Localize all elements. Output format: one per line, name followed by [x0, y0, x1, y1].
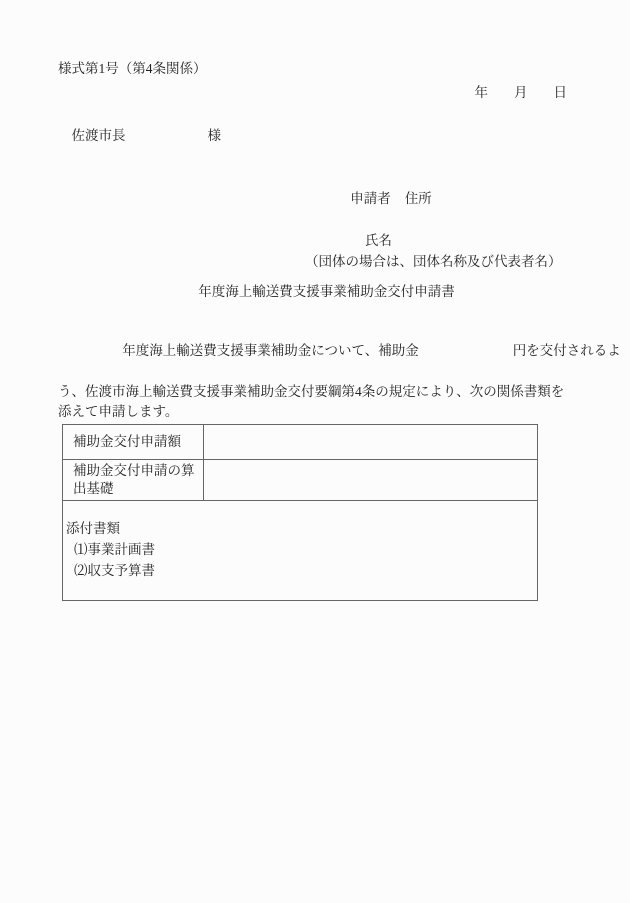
table-row-basis: 補助金交付申請の算出基礎	[63, 459, 538, 500]
body-line1-post: 円を交付されるよ	[513, 343, 621, 358]
amount-value-cell[interactable]	[204, 424, 538, 459]
name-label: 氏名	[365, 230, 567, 251]
basis-value-cell[interactable]	[204, 459, 538, 500]
amount-blank-field[interactable]	[419, 341, 513, 355]
document-page: 様式第1号（第4条関係） 年 月 日 佐渡市長様 申請者住所 氏名 （団体の場合…	[0, 0, 630, 903]
body-line-2: う、佐渡市海上輸送費支援事業補助金交付要綱第4条の規定により、次の関係書類を	[58, 382, 567, 403]
date-line: 年 月 日	[58, 82, 567, 103]
attachments-cell: 添付書類 ⑴事業計画書 ⑵収支予算書	[63, 500, 538, 600]
applicant-block: 申請者住所 氏名 （団体の場合は、団体名称及び代表者名）	[330, 167, 567, 272]
body-line-3: 添えて申請します。	[58, 402, 567, 423]
body-line1-pre: 年度海上輸送費支援事業補助金について、補助金	[122, 343, 418, 358]
body-paragraph: 年度海上輸送費支援事業補助金について、補助金円を交付されるよ う、佐渡市海上輸送…	[58, 320, 567, 423]
address-label: 住所	[405, 191, 432, 206]
amount-label-cell: 補助金交付申請額	[63, 424, 204, 459]
table-row-amount: 補助金交付申請額	[63, 424, 538, 459]
applicant-label: 申請者	[350, 191, 391, 206]
applicant-line: 申請者住所	[330, 167, 567, 230]
honorific: 様	[208, 128, 222, 143]
date-year-label: 年	[475, 82, 489, 103]
attachment-item-1: ⑴事業計画書	[66, 539, 533, 560]
form-number: 様式第1号（第4条関係）	[58, 58, 567, 79]
body-line-1: 年度海上輸送費支援事業補助金について、補助金円を交付されるよ	[58, 320, 567, 382]
addressee: 佐渡市長	[72, 128, 126, 143]
page-title: 年度海上輸送費支援事業補助金交付申請書	[198, 281, 455, 302]
title-row: 年度海上輸送費支援事業補助金交付申請書	[58, 281, 567, 302]
date-day-label: 日	[554, 82, 568, 103]
date-month-label: 月	[514, 82, 528, 103]
application-table: 補助金交付申請額 補助金交付申請の算出基礎 添付書類 ⑴事業計画書 ⑵収支予算書	[62, 424, 538, 601]
table-row-attachments: 添付書類 ⑴事業計画書 ⑵収支予算書	[63, 500, 538, 600]
addressee-line: 佐渡市長様	[58, 104, 567, 167]
group-note: （団体の場合は、団体名称及び代表者名）	[305, 251, 567, 272]
attachment-item-2: ⑵収支予算書	[66, 560, 533, 581]
attachments-heading: 添付書類	[66, 518, 533, 539]
basis-label-cell: 補助金交付申請の算出基礎	[63, 459, 204, 500]
